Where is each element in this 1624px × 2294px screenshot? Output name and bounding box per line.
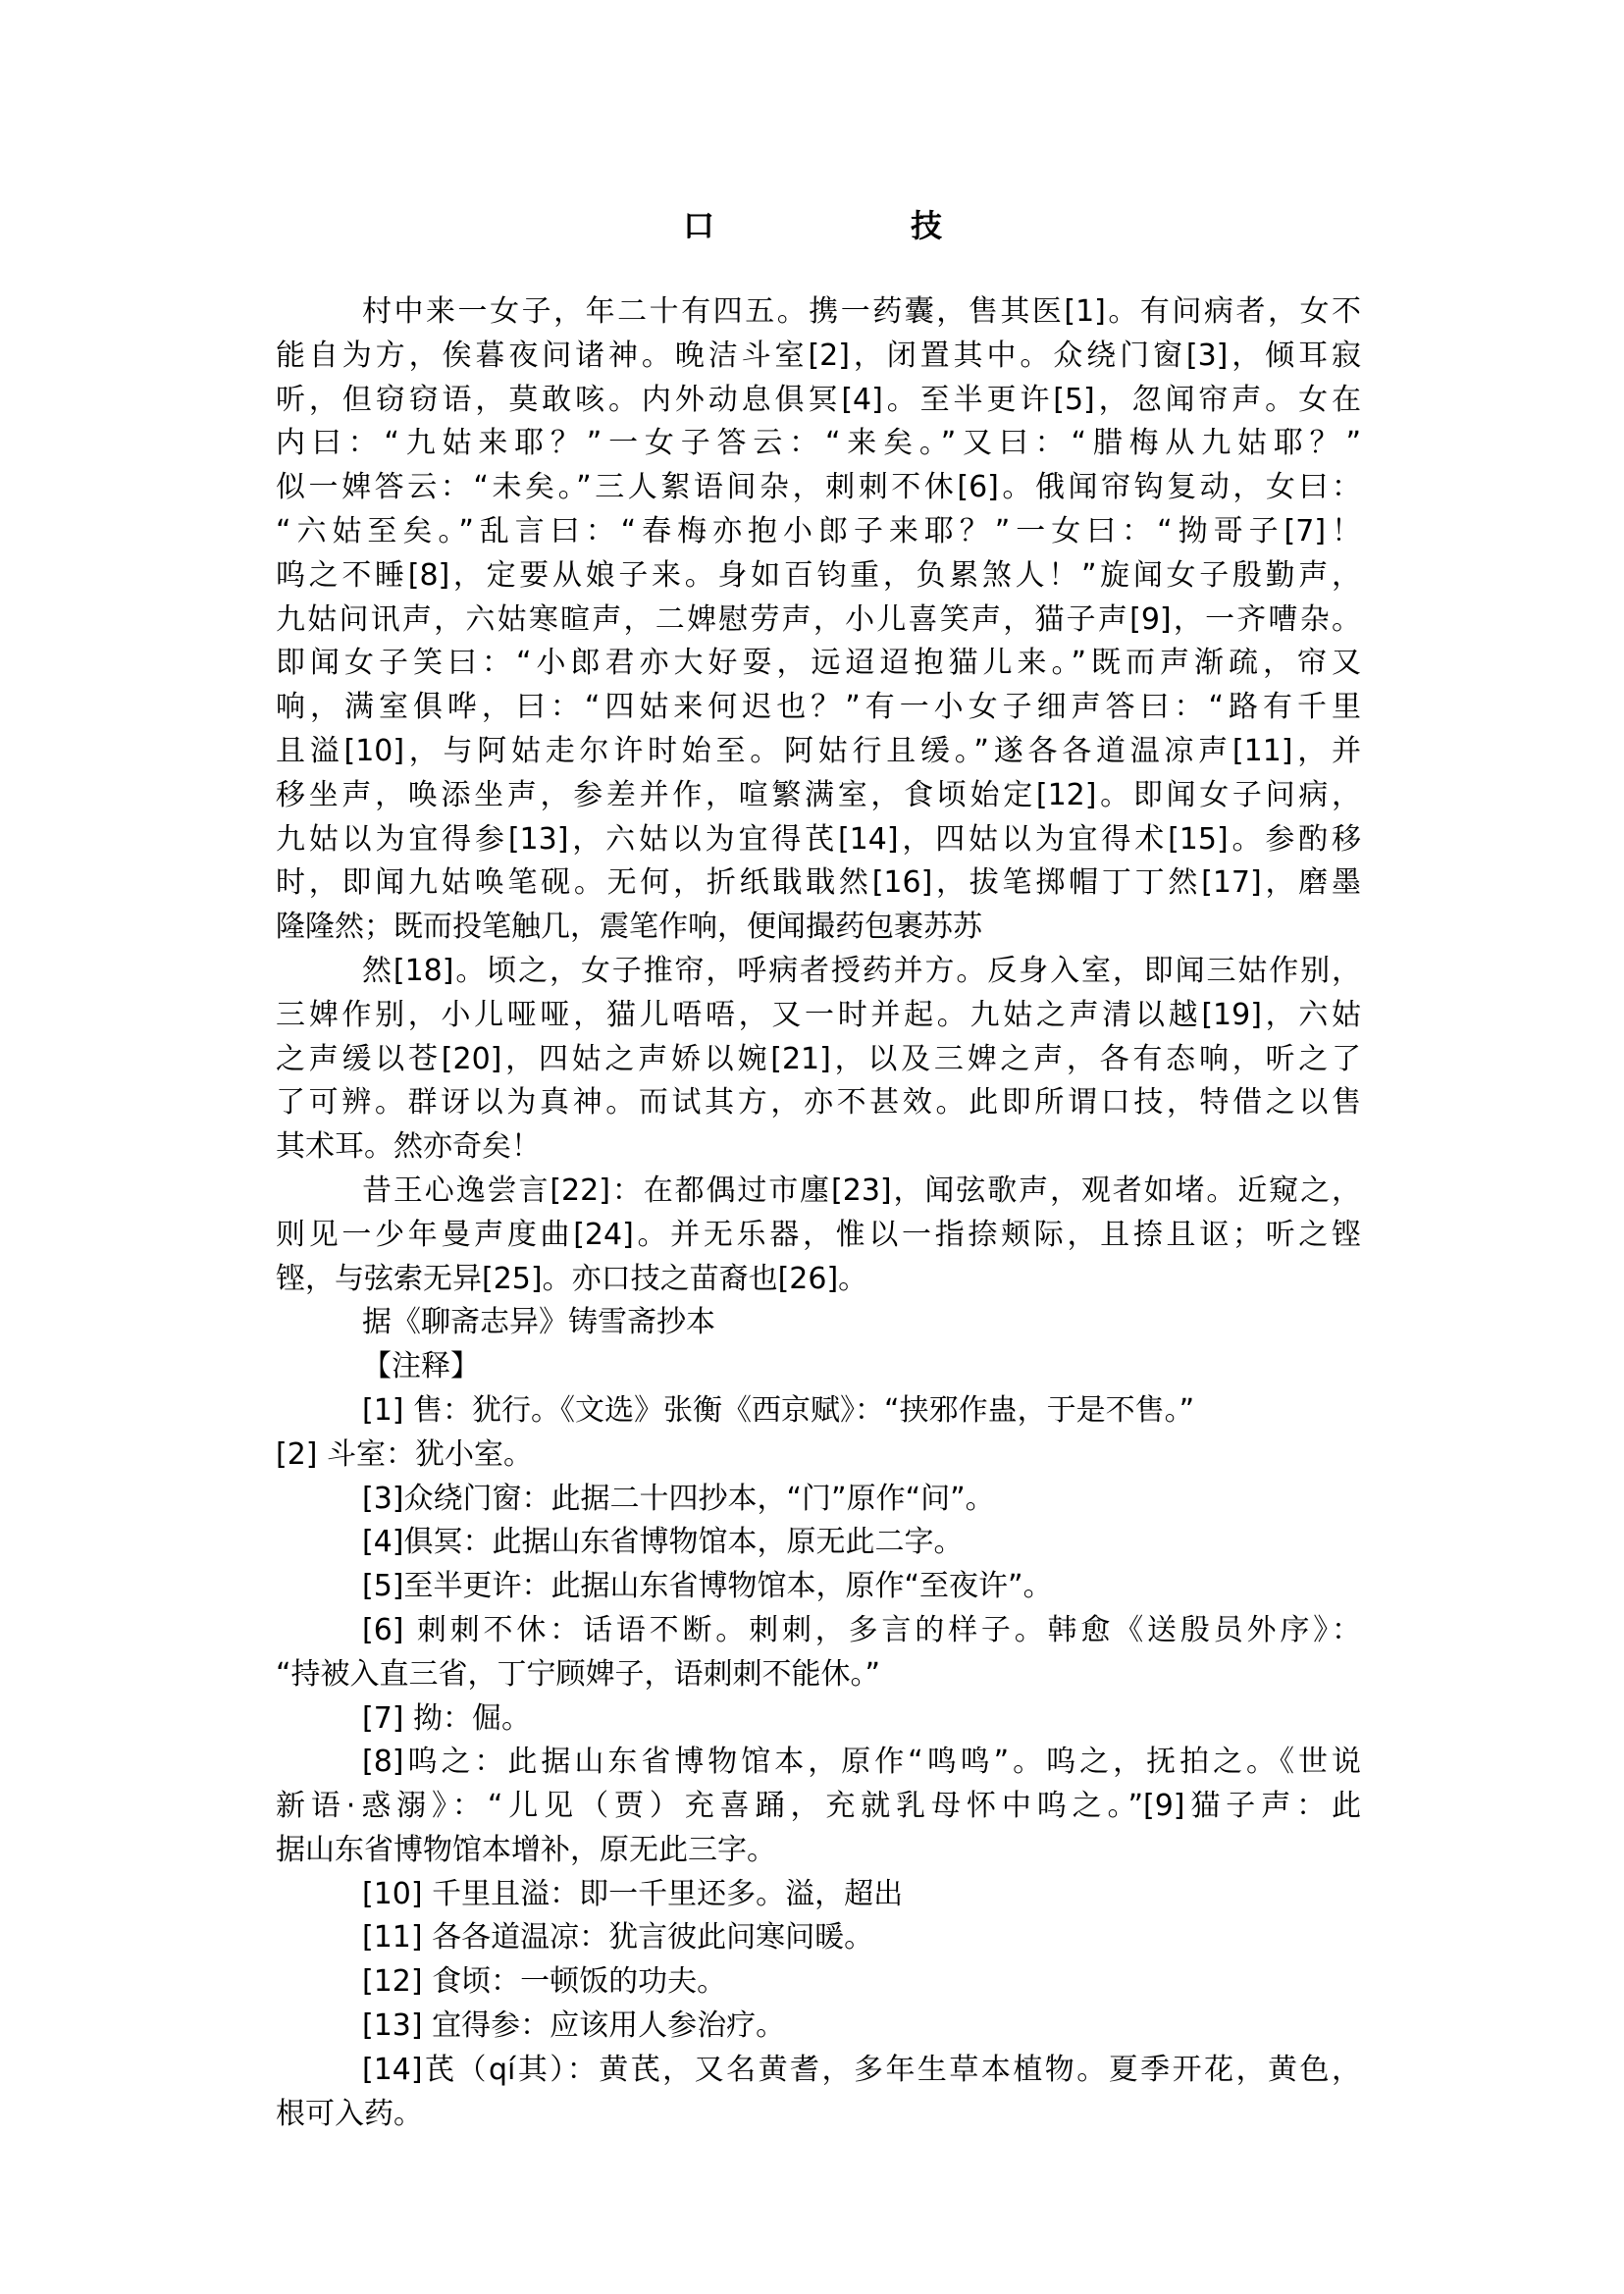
text-line: 然[18]。顷之，女子推帘，呼病者授药并方。反身入室，即闻三姑作别，	[276, 950, 1361, 994]
text-line: 内曰：“九姑来耶？”一女子答云：“来矣。”又曰：“腊梅从九姑耶？”	[276, 422, 1361, 466]
text-line: 根可入药。	[276, 2093, 1361, 2137]
document-title: 口 技	[0, 201, 1624, 244]
text-line: “持被入直三省，丁宁顾婢子，语刺刺不能休。”	[276, 1653, 1361, 1697]
text-line: 响，满室俱哗，曰：“四姑来何迟也？”有一小女子细声答曰：“路有千里	[276, 686, 1361, 730]
text-line: 三婢作别，小儿哑哑，猫儿唔唔，又一时并起。九姑之声清以越[19]，六姑	[276, 994, 1361, 1038]
title-char-1: 口	[683, 201, 714, 246]
text-line: “六姑至矣。”乱言曰：“春梅亦抱小郎子来耶？”一女曰：“拗哥子[7]！	[276, 510, 1361, 554]
title-char-2: 技	[911, 201, 942, 246]
text-line: 能自为方，俟暮夜问诸神。晚洁斗室[2]，闭置其中。众绕门窗[3]，倾耳寂	[276, 335, 1361, 379]
text-line: 且溢[10]，与阿姑走尔许时始至。阿姑行且缓。”遂各各道温凉声[11]，并	[276, 730, 1361, 774]
text-line: [10] 千里且溢：即一千里还多。溢，超出	[276, 1873, 1361, 1917]
text-line: 村中来一女子，年二十有四五。携一药囊，售其医[1]。有问病者，女不	[276, 290, 1361, 335]
text-line: [4]俱冥：此据山东省博物馆本，原无此二字。	[276, 1521, 1361, 1565]
text-line: 隆隆然；既而投笔触几，震笔作响，便闻撮药包裹苏苏	[276, 906, 1361, 950]
text-line: [3]众绕门窗：此据二十四抄本，“门”原作“问”。	[276, 1478, 1361, 1522]
text-line: [7] 拗：倔。	[276, 1697, 1361, 1742]
text-line: [13] 宜得参：应该用人参治疗。	[276, 2005, 1361, 2049]
text-line: 新语·惑溺》：“儿见（贾）充喜踊，充就乳母怀中呜之。”[9]猫子声：此	[276, 1785, 1361, 1829]
text-line: [6] 刺刺不休：话语不断。刺刺，多言的样子。韩愈《送殷员外序》：	[276, 1609, 1361, 1653]
text-line: 听，但窃窃语，莫敢咳。内外动息俱冥[4]。至半更许[5]，忽闻帘声。女在	[276, 379, 1361, 423]
text-line: [11] 各各道温凉：犹言彼此问寒问暖。	[276, 1916, 1361, 1960]
text-line: 则见一少年曼声度曲[24]。并无乐器，惟以一指捺颊际，且捺且讴；听之铿	[276, 1214, 1361, 1258]
document-body: 村中来一女子，年二十有四五。携一药囊，售其医[1]。有问病者，女不能自为方，俟暮…	[276, 290, 1361, 2136]
text-line: 其术耳。然亦奇矣！	[276, 1125, 1361, 1170]
text-line: [8]呜之：此据山东省博物馆本，原作“鸣鸣”。呜之，抚拍之。《世说	[276, 1741, 1361, 1785]
text-line: [14]芪（qí其）：黄芪，又名黄耆，多年生草本植物。夏季开花，黄色，	[276, 2049, 1361, 2093]
text-line: 铿，与弦索无异[25]。亦口技之苗裔也[26]。	[276, 1258, 1361, 1302]
text-line: 九姑问讯声，六姑寒暄声，二婢慰劳声，小儿喜笑声，猫子声[9]，一齐嘈杂。	[276, 599, 1361, 643]
text-line: 之声缓以苍[20]，四姑之声娇以婉[21]，以及三婢之声，各有态响，听之了	[276, 1038, 1361, 1082]
text-line: 即闻女子笑曰：“小郎君亦大好耍，远迢迢抱猫儿来。”既而声渐疏，帘又	[276, 642, 1361, 686]
text-line: 九姑以为宜得参[13]，六姑以为宜得芪[14]，四姑以为宜得术[15]。参酌移	[276, 818, 1361, 862]
text-line: 呜之不睡[8]，定要从娘子来。身如百钧重，负累煞人！”旋闻女子殷勤声，	[276, 554, 1361, 599]
text-line: [1] 售：犹行。《文选》张衡《西京赋》：“挟邪作蛊，于是不售。”	[276, 1389, 1361, 1434]
text-line: 【注释】	[276, 1345, 1361, 1389]
text-line: 据《聊斋志异》铸雪斋抄本	[276, 1301, 1361, 1345]
text-line: 移坐声，唤添坐声，参差并作，喧繁满室，食顷始定[12]。即闻女子问病，	[276, 774, 1361, 818]
text-line: [12] 食顷：一顿饭的功夫。	[276, 1960, 1361, 2005]
text-line: 似一婢答云：“未矣。”三人絮语间杂，刺刺不休[6]。俄闻帘钩复动，女曰：	[276, 466, 1361, 510]
text-line: 时，即闻九姑唤笔砚。无何，折纸戢戢然[16]，拔笔掷帽丁丁然[17]，磨墨	[276, 861, 1361, 906]
text-line: [5]至半更许：此据山东省博物馆本，原作“至夜许”。	[276, 1565, 1361, 1609]
text-line: [2] 斗室：犹小室。	[276, 1434, 1361, 1478]
text-line: 了可辨。群讶以为真神。而试其方，亦不甚效。此即所谓口技，特借之以售	[276, 1081, 1361, 1125]
text-line: 据山东省博物馆本增补，原无此三字。	[276, 1829, 1361, 1873]
document-page: 口 技 村中来一女子，年二十有四五。携一药囊，售其医[1]。有问病者，女不能自为…	[0, 0, 1624, 2294]
text-line: 昔王心逸尝言[22]：在都偶过市廛[23]，闻弦歌声，观者如堵。近窥之，	[276, 1170, 1361, 1214]
